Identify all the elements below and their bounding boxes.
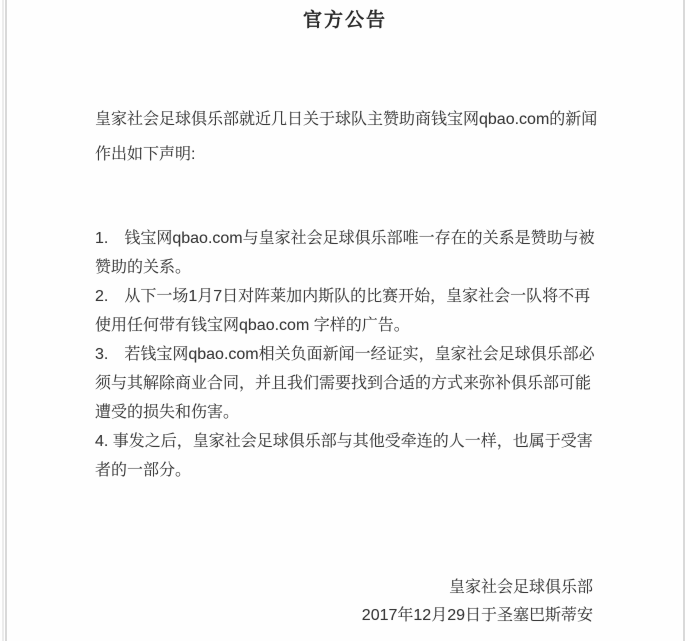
intro-line-1: 皇家社会足球俱乐部就近几日关于球队主赞助商钱宝网qbao.com的新闻 <box>95 102 595 137</box>
statement-item-1: 1. 钱宝网qbao.com与皇家社会足球俱乐部唯一存在的关系是赞助与被 赞助的… <box>95 224 595 282</box>
statement-3-line-2: 须与其解除商业合同，并且我们需要找到合适的方式来弥补俱乐部可能 <box>95 369 595 398</box>
statement-1-line-2: 赞助的关系。 <box>95 253 595 282</box>
statement-2-line-2: 使用任何带有钱宝网qbao.com 字样的广告。 <box>95 311 595 340</box>
statement-item-2: 2. 从下一场1月7日对阵莱加内斯队的比赛开始，皇家社会一队将不再 使用任何带有… <box>95 282 595 340</box>
statement-3-line-3: 遭受的损失和伤害。 <box>95 398 595 427</box>
intro-line-2: 作出如下声明: <box>95 137 595 172</box>
signature-club: 皇家社会足球俱乐部 <box>95 574 593 602</box>
scan-edge-right <box>683 0 685 641</box>
statements-list: 1. 钱宝网qbao.com与皇家社会足球俱乐部唯一存在的关系是赞助与被 赞助的… <box>95 224 595 485</box>
statement-item-4: 4. 事发之后，皇家社会足球俱乐部与其他受牵连的人一样，也属于受害 者的一部分。 <box>95 427 595 485</box>
scan-edge-left-outer <box>2 0 4 641</box>
page-title: 官方公告 <box>0 5 690 32</box>
statement-item-3: 3. 若钱宝网qbao.com相关负面新闻一经证实，皇家社会足球俱乐部必 须与其… <box>95 340 595 427</box>
scan-edge-left-inner <box>5 0 7 641</box>
signature-dateline: 2017年12月29日于圣塞巴斯蒂安 <box>95 602 593 630</box>
statement-3-line-1: 3. 若钱宝网qbao.com相关负面新闻一经证实，皇家社会足球俱乐部必 <box>95 340 595 369</box>
announcement-document: 官方公告 皇家社会足球俱乐部就近几日关于球队主赞助商钱宝网qbao.com的新闻… <box>0 0 690 641</box>
statement-4-line-1: 4. 事发之后，皇家社会足球俱乐部与其他受牵连的人一样，也属于受害 <box>95 427 595 456</box>
statement-2-line-1: 2. 从下一场1月7日对阵莱加内斯队的比赛开始，皇家社会一队将不再 <box>95 282 595 311</box>
signature-block: 皇家社会足球俱乐部 2017年12月29日于圣塞巴斯蒂安 <box>95 574 593 630</box>
intro-paragraph: 皇家社会足球俱乐部就近几日关于球队主赞助商钱宝网qbao.com的新闻 作出如下… <box>95 102 595 172</box>
statement-4-line-2: 者的一部分。 <box>95 456 595 485</box>
statement-1-line-1: 1. 钱宝网qbao.com与皇家社会足球俱乐部唯一存在的关系是赞助与被 <box>95 224 595 253</box>
